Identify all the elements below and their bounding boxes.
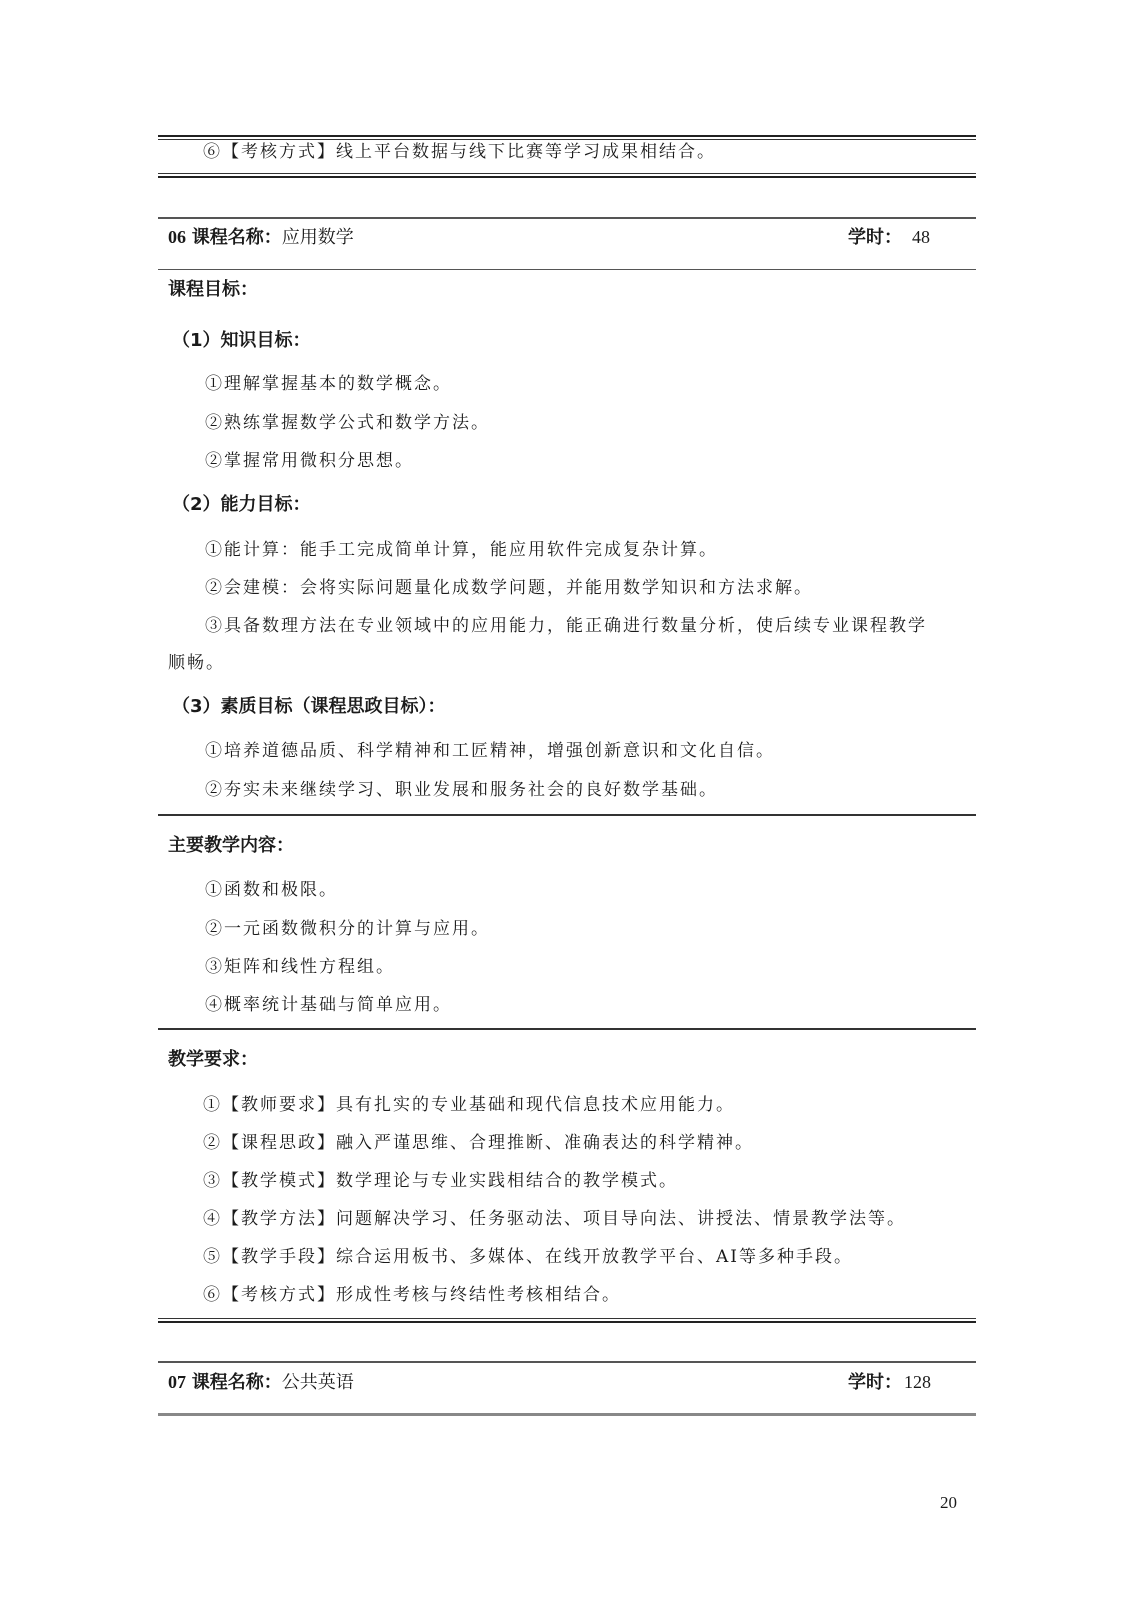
quality-heading: （3）素质目标（课程思政目标）： [172, 696, 446, 718]
ability-heading: （2）能力目标： [172, 494, 311, 516]
course-07-title: 07 课程名称：公共英语 [168, 1370, 354, 1395]
course-name: 公共英语 [282, 1372, 354, 1393]
ability-item-continued: 顺畅。 [168, 652, 225, 674]
quality-item: ②夯实未来继续学习、职业发展和服务社会的良好数学基础。 [205, 779, 718, 801]
divider [158, 1318, 976, 1319]
requirement-item: ③【教学模式】数学理论与专业实践相结合的教学模式。 [203, 1170, 678, 1192]
hours-label: 学时： [848, 227, 902, 248]
divider [158, 1028, 976, 1030]
divider [158, 176, 976, 178]
divider [158, 814, 976, 816]
content-item: ④概率统计基础与简单应用。 [205, 994, 452, 1016]
divider [158, 135, 976, 137]
content-heading: 主要教学内容： [168, 835, 294, 857]
ability-item: ②会建模：会将实际问题量化成数学问题，并能用数学知识和方法求解。 [205, 577, 813, 599]
course-06-title: 06 课程名称：应用数学 [168, 225, 354, 250]
knowledge-item: ②熟练掌握数学公式和数学方法。 [205, 412, 490, 434]
requirement-item: ④【教学方法】问题解决学习、任务驱动法、项目导向法、讲授法、情景教学法等。 [203, 1208, 906, 1230]
course-name: 应用数学 [282, 227, 354, 248]
prev-assessment-item: ⑥【考核方式】线上平台数据与线下比赛等学习成果相结合。 [203, 141, 716, 163]
requirement-item: ①【教师要求】具有扎实的专业基础和现代信息技术应用能力。 [203, 1094, 735, 1116]
divider [158, 173, 976, 174]
content-item: ①函数和极限。 [205, 879, 338, 901]
course-07-hours: 学时：128 [848, 1370, 931, 1395]
requirement-item: ②【课程思政】融入严谨思维、合理推断、准确表达的科学精神。 [203, 1132, 754, 1154]
course-header-top-rule [158, 217, 976, 219]
ability-item: ①能计算：能手工完成简单计算，能应用软件完成复杂计算。 [205, 539, 718, 561]
requirement-item: ⑤【教学手段】综合运用板书、多媒体、在线开放教学平台、AI等多种手段。 [203, 1246, 853, 1268]
divider [158, 269, 976, 270]
course-name-label: 课程名称： [192, 1372, 282, 1393]
quality-item: ①培养道德品质、科学精神和工匠精神，增强创新意识和文化自信。 [205, 740, 775, 762]
requirement-item: ⑥【考核方式】形成性考核与终结性考核相结合。 [203, 1284, 621, 1306]
objectives-heading: 课程目标： [168, 279, 258, 301]
divider [158, 1321, 976, 1323]
knowledge-item: ①理解掌握基本的数学概念。 [205, 373, 452, 395]
hours-value: 48 [912, 227, 930, 247]
divider [158, 139, 976, 140]
course-06-hours: 学时：48 [848, 225, 930, 250]
hours-label: 学时： [848, 1372, 902, 1393]
hours-value: 128 [904, 1372, 931, 1392]
knowledge-item: ②掌握常用微积分思想。 [205, 450, 414, 472]
course-name-label: 课程名称： [192, 227, 282, 248]
page-number: 20 [940, 1493, 957, 1513]
course-number: 07 [168, 1372, 186, 1392]
requirements-heading: 教学要求： [168, 1049, 258, 1071]
knowledge-heading: （1）知识目标： [172, 330, 311, 352]
content-item: ③矩阵和线性方程组。 [205, 956, 395, 978]
ability-item: ③具备数理方法在专业领域中的应用能力，能正确进行数量分析，使后续专业课程教学 [205, 615, 927, 637]
content-item: ②一元函数微积分的计算与应用。 [205, 918, 490, 940]
divider [158, 1413, 976, 1416]
course-number: 06 [168, 227, 186, 247]
course-header-top-rule [158, 1361, 976, 1363]
